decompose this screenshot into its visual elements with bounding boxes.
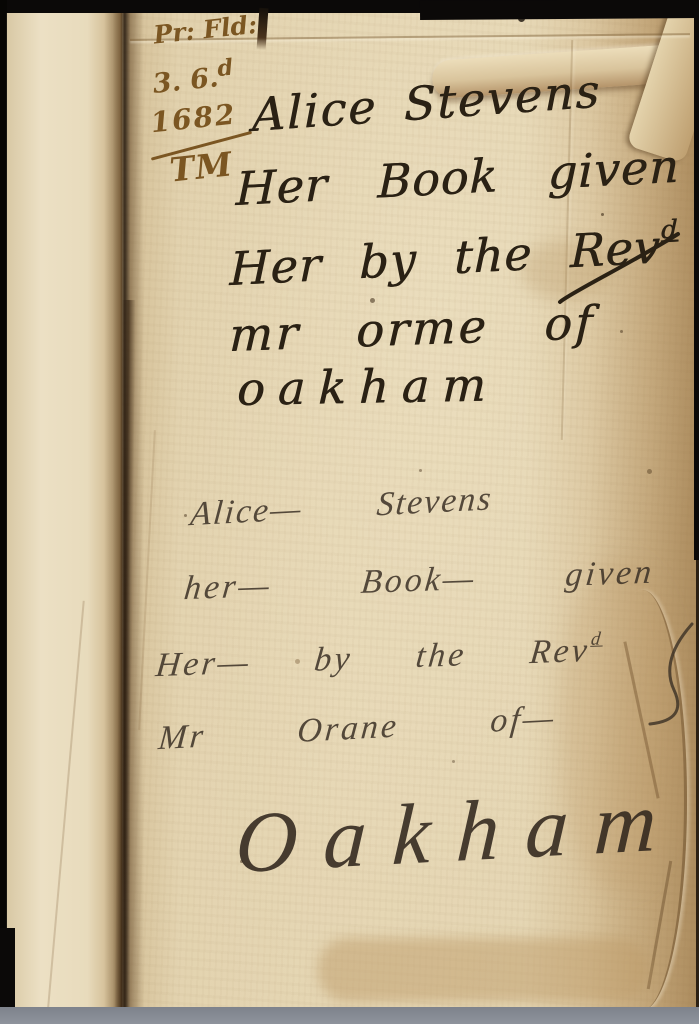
inscription-line: mr orme of xyxy=(228,299,595,358)
owner-monogram: TM xyxy=(168,147,234,186)
pence-superscript: d xyxy=(216,55,234,83)
scan-corner-bottom-left xyxy=(0,928,15,1014)
inscription-line-oakham-large: Oakham xyxy=(233,777,684,887)
stain xyxy=(318,938,648,1002)
scan-edge-top xyxy=(420,0,699,20)
scanner-background-strip xyxy=(0,1007,699,1024)
pen-flourish xyxy=(640,620,699,730)
inscription-line: oakham xyxy=(236,361,499,412)
book-flyleaf-scan: Pr: Fld: 3. 6.d 1682 TM Alice Stevens He… xyxy=(0,0,699,1024)
scan-edge-left xyxy=(0,0,7,1024)
revd-superscript: d xyxy=(590,628,605,650)
scan-edge-right xyxy=(694,0,699,560)
